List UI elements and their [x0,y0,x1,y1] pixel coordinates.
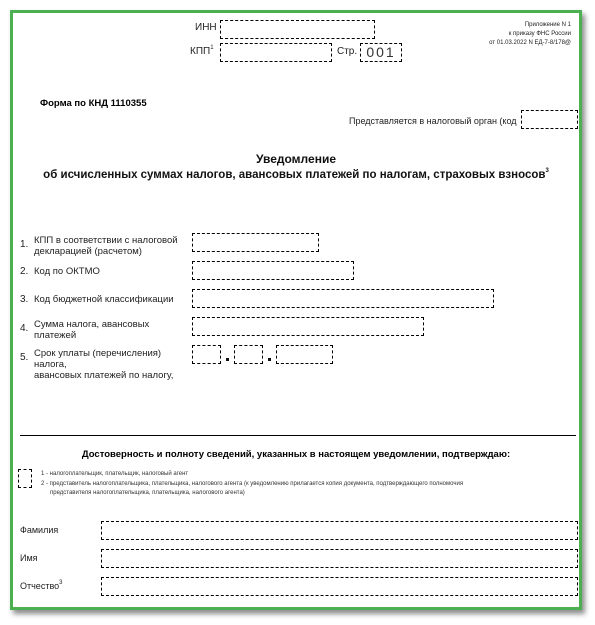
page-number-field[interactable]: 001 [360,43,402,62]
tax-amount-field[interactable] [192,317,424,336]
item-number: 2. [20,266,28,277]
document-title: Уведомление [13,152,579,166]
section-divider [20,435,576,436]
item-label-kpp-declaration: КПП в соответствии с налоговойдекларацие… [34,235,178,257]
item-label-kbk: Код бюджетной классификации [34,294,174,305]
inn-field[interactable] [220,20,375,39]
kpp-declaration-field[interactable] [192,233,319,252]
last-name-field[interactable] [101,521,578,540]
page-number-label: Стр. [337,46,357,57]
item-label-tax-amount: Сумма налога, авансовыхплатежей [34,319,149,341]
appendix-note: Приложение N 1 к приказу ФНС России от 0… [489,21,571,48]
item-number: 5. [20,352,28,363]
date-separator [268,358,271,361]
tax-authority-code-field[interactable] [521,110,578,129]
deadline-month-field[interactable] [234,345,263,364]
deadline-day-field[interactable] [192,345,221,364]
tax-authority-label: Представляется в налоговый орган (код [349,116,517,126]
kpp-field[interactable] [220,43,332,62]
signer-option-1: 1 - налогоплательщик, плательщик, налого… [41,470,188,479]
date-separator [226,358,229,361]
last-name-label: Фамилия [20,525,58,535]
item-label-oktmo: Код по ОКТМО [34,266,100,277]
signer-type-field[interactable] [18,469,32,488]
inn-label: ИНН [195,22,217,33]
document-subtitle: об исчисленных суммах налогов, авансовых… [13,169,579,181]
kbk-field[interactable] [192,289,494,308]
first-name-label: Имя [20,553,38,563]
form-code: Форма по КНД 1110355 [40,98,147,109]
first-name-field[interactable] [101,549,578,568]
deadline-year-field[interactable] [276,345,333,364]
form-page: ИНН КПП1 Стр. 001 Приложение N 1 к прика… [10,10,582,610]
kpp-label: КПП1 [190,46,214,57]
oktmo-field[interactable] [192,261,354,280]
item-number: 4. [20,323,28,334]
signer-option-2-cont: представителя налогоплательщика, платель… [50,489,245,498]
patronymic-label: Отчество3 [20,581,62,591]
item-label-payment-deadline: Срок уплаты (перечисления)налога,авансов… [34,348,173,381]
signer-option-2: 2 - представитель налогоплательщика, пла… [41,480,463,489]
confirmation-heading: Достоверность и полноту сведений, указан… [13,449,579,460]
item-number: 1. [20,239,28,250]
patronymic-field[interactable] [101,577,578,596]
item-number: 3. [20,294,28,305]
